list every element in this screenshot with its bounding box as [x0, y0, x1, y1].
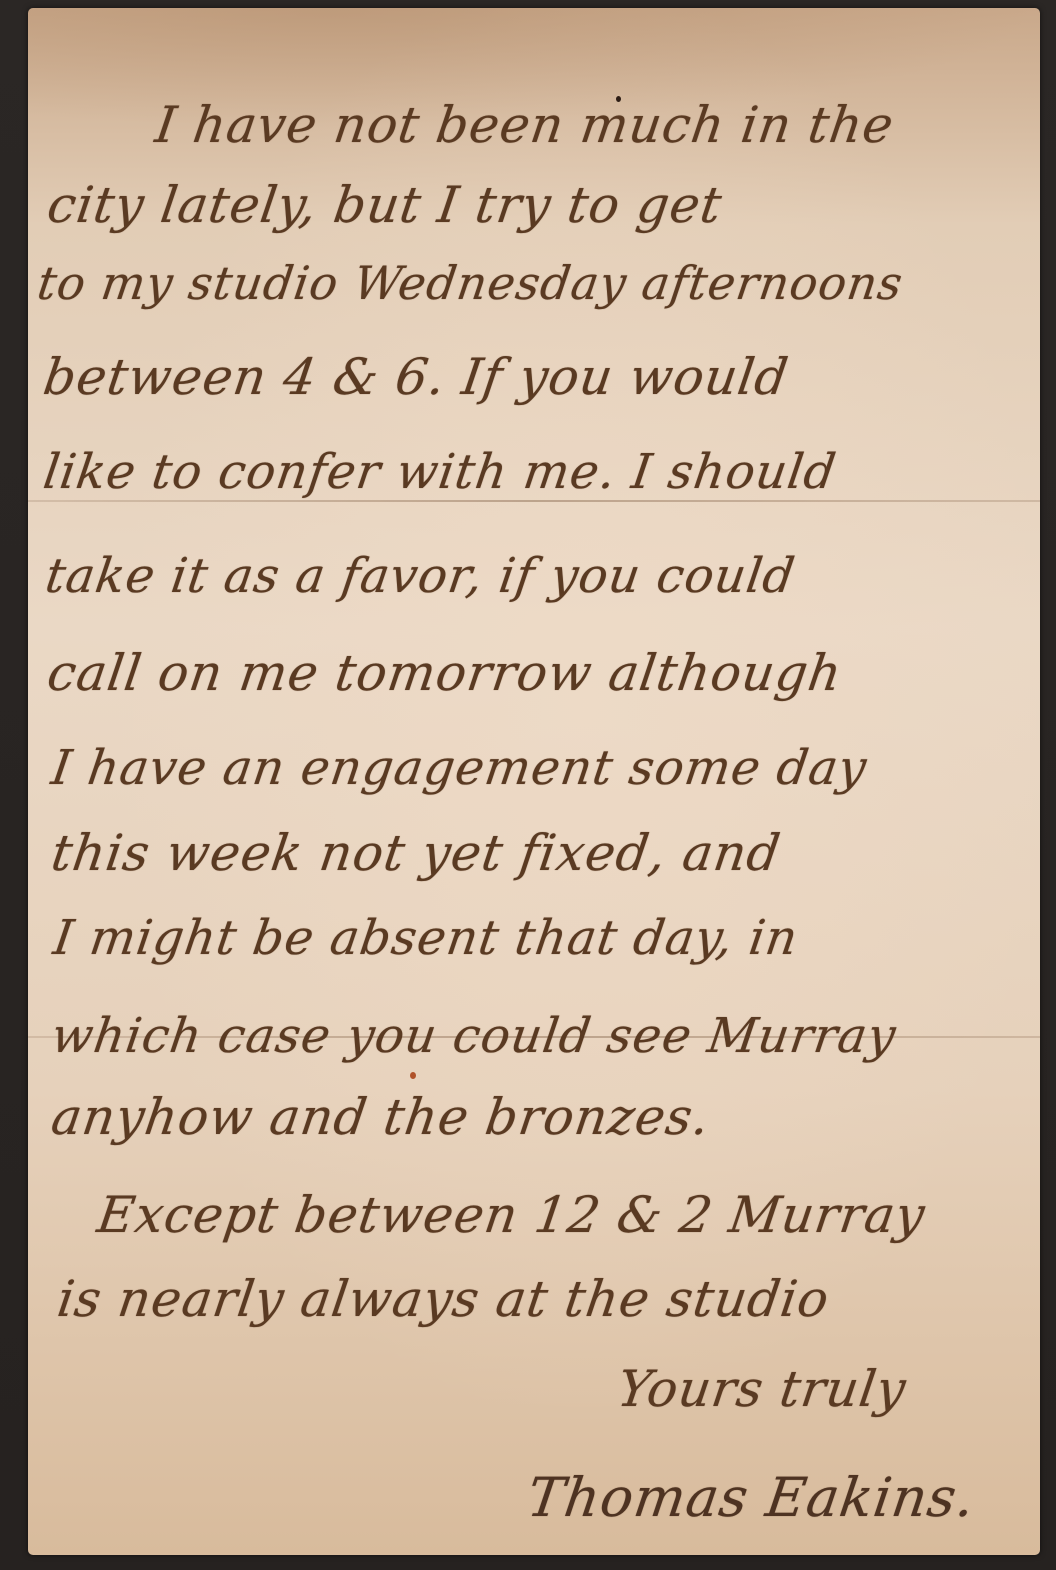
letter-line-7: call on me tomorrow although: [44, 644, 846, 702]
letter-line-3: to my studio Wednesday afternoons: [34, 256, 906, 310]
letter-line-4: between 4 & 6. If you would: [40, 348, 792, 406]
letter-line-10: I might be absent that day, in: [50, 910, 802, 966]
letter-line-11: which case you could see Murray: [48, 1008, 900, 1064]
letter-line-13: Except between 12 & 2 Murray: [94, 1186, 929, 1244]
letter-line-14: is nearly always at the studio: [54, 1270, 833, 1328]
closing: Yours truly: [614, 1360, 910, 1418]
letter-line-6: take it as a favor, if you could: [42, 548, 799, 604]
letter-paper: I have not been much in the city lately,…: [28, 8, 1040, 1555]
signature: Thomas Eakins.: [524, 1466, 980, 1529]
letter-line-9: this week not yet fixed, and: [48, 824, 784, 882]
letter-line-8: I have an engagement some day: [48, 740, 871, 796]
letter-line-5: like to confer with me. I should: [40, 444, 840, 500]
ink-spot: [410, 1072, 416, 1079]
letter-line-2: city lately, but I try to get: [44, 176, 726, 234]
fold-crease-upper: [28, 500, 1040, 502]
letter-line-1: I have not been much in the: [152, 96, 898, 154]
letter-line-12: anyhow and the bronzes.: [48, 1088, 714, 1146]
